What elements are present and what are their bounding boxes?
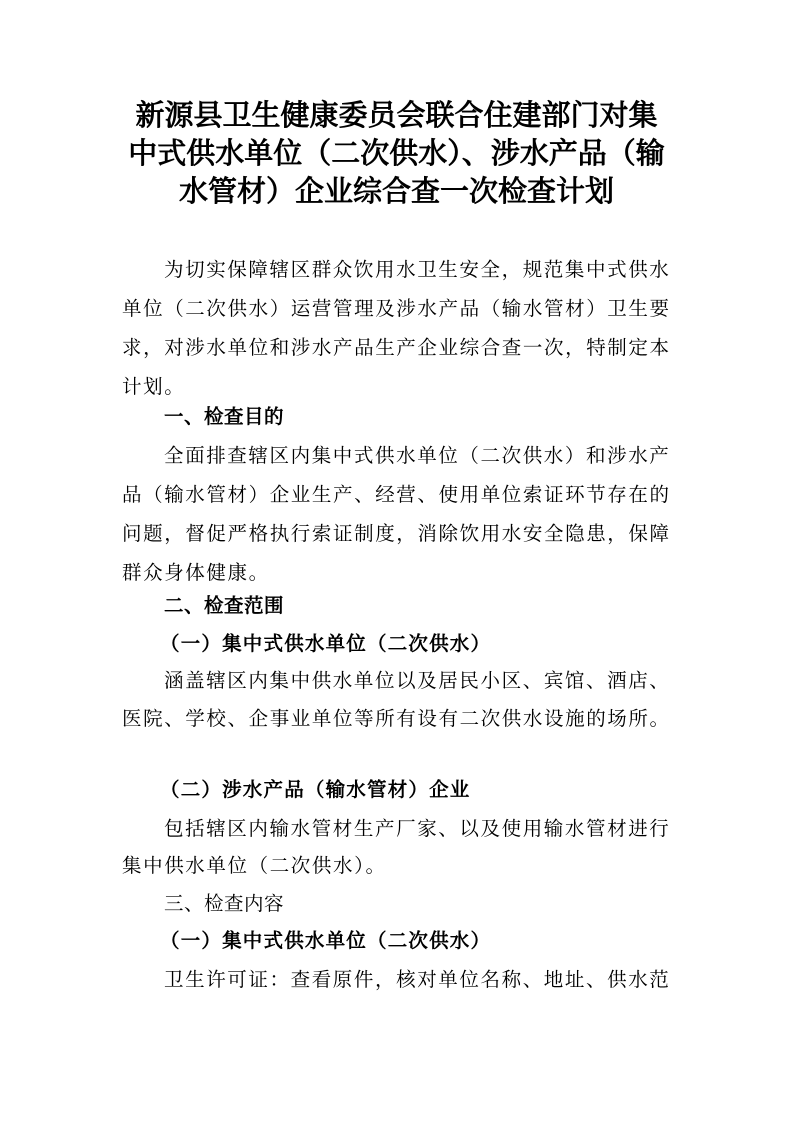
document-page: 新源县卫生健康委员会联合住建部门对集 中式供水单位（二次供水）、涉水产品（输 水… xyxy=(0,0,793,1122)
scope-water-supply-line-2: 医院、学校、企事业单位等所有设有二次供水设施的场所。 xyxy=(122,707,682,731)
subheading-scope-pipe-enterprises: （二）涉水产品（输水管材）企业 xyxy=(160,778,720,802)
subheading-content-water-supply: （一）集中式供水单位（二次供水） xyxy=(160,929,720,953)
purpose-paragraph-line-1: 全面排查辖区内集中式供水单位（二次供水）和涉水产 xyxy=(164,444,724,468)
scope-water-supply-line-1: 涵盖辖区内集中供水单位以及居民小区、宾馆、酒店、 xyxy=(164,669,724,693)
title-line-3: 水管材）企业综合查一次检查计划 xyxy=(110,172,683,210)
intro-paragraph-line-1: 为切实保障辖区群众饮用水卫生安全，规范集中式供水 xyxy=(164,258,724,282)
section-heading-content: 三、检查内容 xyxy=(164,892,724,916)
scope-pipe-enterprises-line-1: 包括辖区内输水管材生产厂家、以及使用输水管材进行 xyxy=(164,817,724,841)
intro-paragraph-line-2: 单位（二次供水）运营管理及涉水产品（输水管材）卫生要 xyxy=(122,297,682,321)
scope-pipe-enterprises-line-2: 集中供水单位（二次供水）。 xyxy=(122,854,682,878)
subheading-scope-water-supply: （一）集中式供水单位（二次供水） xyxy=(160,632,720,656)
section-heading-purpose: 一、检查目的 xyxy=(164,405,724,429)
section-heading-scope: 二、检查范围 xyxy=(164,594,724,618)
title-line-1: 新源县卫生健康委员会联合住建部门对集 xyxy=(110,96,683,134)
intro-paragraph-line-4: 计划。 xyxy=(122,375,682,399)
purpose-paragraph-line-2: 品（输水管材）企业生产、经营、使用单位索证环节存在的 xyxy=(122,483,682,507)
title-line-2: 中式供水单位（二次供水）、涉水产品（输 xyxy=(110,134,683,172)
document-title: 新源县卫生健康委员会联合住建部门对集 中式供水单位（二次供水）、涉水产品（输 水… xyxy=(110,96,683,210)
purpose-paragraph-line-3: 问题，督促严格执行索证制度，消除饮用水安全隐患，保障 xyxy=(122,522,682,546)
purpose-paragraph-line-4: 群众身体健康。 xyxy=(122,561,682,585)
content-water-supply-line-1: 卫生许可证：查看原件，核对单位名称、地址、供水范 xyxy=(164,968,724,992)
intro-paragraph-line-3: 求，对涉水单位和涉水产品生产企业综合查一次，特制定本 xyxy=(122,336,682,360)
